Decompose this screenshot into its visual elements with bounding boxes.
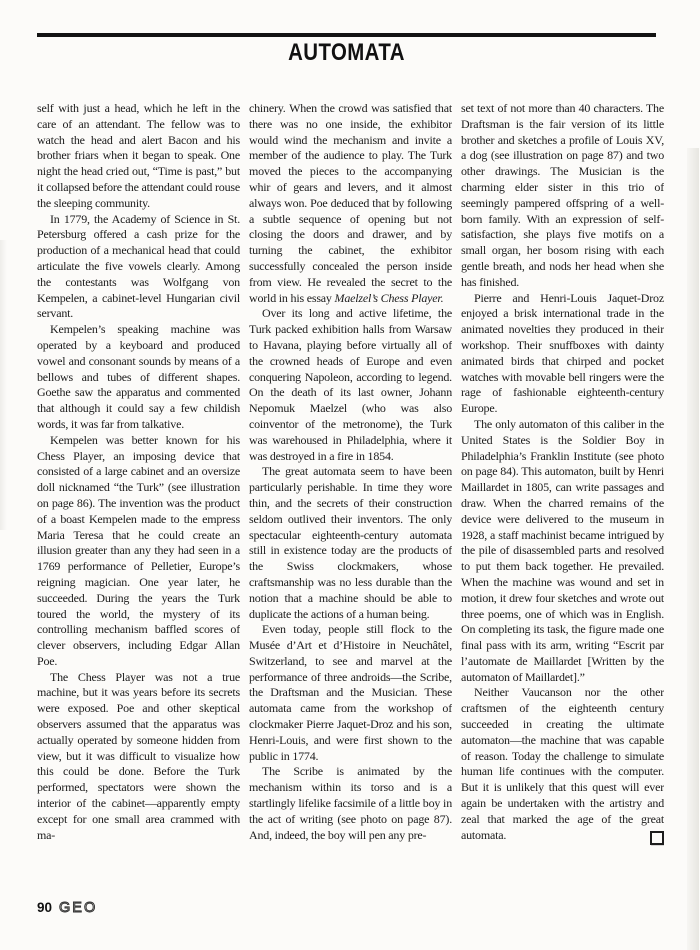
page-number: 90 [37, 900, 52, 915]
paragraph: Kempelen was better known for his Chess … [37, 433, 240, 670]
magazine-page: AUTOMATA self with just a head, which he… [0, 0, 700, 950]
paragraph: set text of not more than 40 characters.… [461, 101, 664, 291]
text-run: The only automaton of this caliber in th… [461, 417, 664, 684]
column-2: chinery. When the crowd was satisfied th… [249, 101, 452, 897]
paragraph: Pierre and Henri-Louis Jaquet-Droz enjoy… [461, 291, 664, 417]
text-run: Pierre and Henri-Louis Jaquet-Droz enjoy… [461, 291, 664, 416]
paragraph: Neither Vaucanson nor the other craftsme… [461, 685, 664, 843]
text-run: Kempelen’s speaking machine was operated… [37, 322, 240, 431]
paragraph: Kempelen’s speaking machine was operated… [37, 322, 240, 433]
text-run: Over its long and active lifetime, the T… [249, 306, 452, 462]
text-run: set text of not more than 40 characters.… [461, 101, 664, 289]
text-run: The Scribe is animated by the mechanism … [249, 764, 452, 841]
paragraph: The only automaton of this caliber in th… [461, 417, 664, 686]
text-run: self with just a head, which he left in … [37, 101, 240, 210]
paragraph: The great automata seem to have been par… [249, 464, 452, 622]
column-1: self with just a head, which he left in … [37, 101, 240, 897]
text-run: Kempelen was better known for his Chess … [37, 433, 240, 668]
header-rule [37, 33, 656, 37]
paragraph: chinery. When the crowd was satisfied th… [249, 101, 452, 306]
paragraph: Over its long and active lifetime, the T… [249, 306, 452, 464]
italic-text: Maelzel’s Chess Player. [335, 291, 444, 305]
end-of-article-icon [650, 831, 664, 845]
paragraph: In 1779, the Academy of Science in St. P… [37, 212, 240, 323]
text-run: Neither Vaucanson nor the other craftsme… [461, 685, 664, 841]
paragraph: The Scribe is animated by the mechanism … [249, 764, 452, 843]
paragraph: Even today, people still flock to the Mu… [249, 622, 452, 764]
page-edge-shadow [687, 148, 699, 950]
text-run: chinery. When the crowd was satisfied th… [249, 101, 452, 305]
text-run: The great automata seem to have been par… [249, 464, 452, 620]
page-title: AUTOMATA [83, 39, 609, 67]
page-footer: 90 GEO [37, 900, 97, 920]
column-3: set text of not more than 40 characters.… [461, 101, 664, 897]
text-run: Even today, people still flock to the Mu… [249, 622, 452, 762]
paragraph: self with just a head, which he left in … [37, 101, 240, 212]
page-edge-smudge [0, 240, 7, 530]
paragraph: The Chess Player was not a true machine,… [37, 670, 240, 844]
text-run: The Chess Player was not a true machine,… [37, 670, 240, 842]
text-run: In 1779, the Academy of Science in St. P… [37, 212, 240, 321]
article-body: self with just a head, which he left in … [37, 101, 664, 897]
magazine-logo: GEO [59, 900, 97, 916]
